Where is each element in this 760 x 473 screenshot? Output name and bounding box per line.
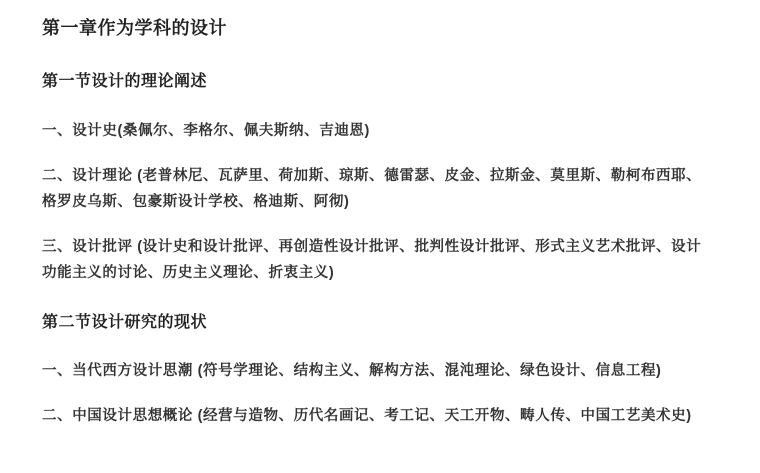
outline-item-criticism: 三、设计批评 (设计史和设计批评、再创造性设计批评、批判性设计批评、形式主义艺术… (42, 234, 714, 286)
outline-item-theory: 二、设计理论 (老普林尼、瓦萨里、荷加斯、琼斯、德雷瑟、皮金、拉斯金、莫里斯、勒… (42, 163, 714, 215)
section-title-1: 第一节设计的理论阐述 (42, 71, 714, 93)
outline-item-history: 一、设计史(桑佩尔、李格尔、佩夫斯纳、吉迪恩) (42, 118, 714, 144)
chapter-title: 第一章作为学科的设计 (42, 16, 714, 41)
outline-item-chinese-thought: 二、中国设计思想概论 (经营与造物、历代名画记、考工记、天工开物、畴人传、中国工… (42, 403, 714, 429)
section-title-2: 第二节设计研究的现状 (42, 312, 714, 334)
document-page: 第一章作为学科的设计 第一节设计的理论阐述 一、设计史(桑佩尔、李格尔、佩夫斯纳… (0, 0, 760, 473)
outline-item-western-thought: 一、当代西方设计思潮 (符号学理论、结构主义、解构方法、混沌理论、绿色设计、信息… (42, 358, 714, 384)
